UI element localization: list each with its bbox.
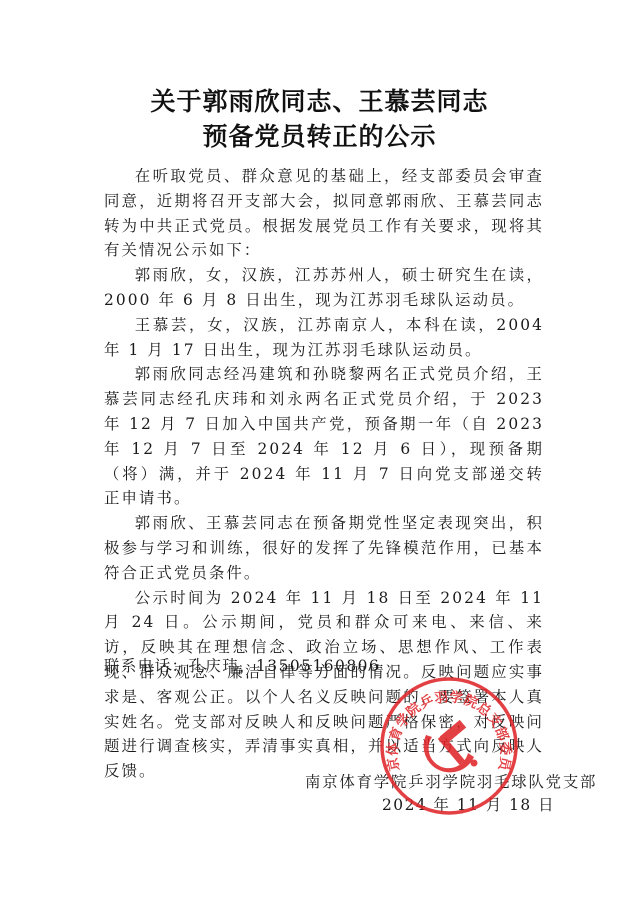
paragraph-wang-muyun: 王慕芸，女，汉族，江苏南京人，本科在读，2004 年 1 月 17 日出生，现为… bbox=[104, 313, 544, 363]
paragraph-introducers: 郭雨欣同志经冯建筑和孙晓黎两名正式党员介绍，王慕芸同志经孔庆玮和刘永两名正式党员… bbox=[104, 362, 544, 511]
paragraph-performance: 郭雨欣、王慕芸同志在预备期党性坚定表现突出，积极参与学习和训练，很好的发挥了先锋… bbox=[104, 511, 544, 585]
hammer-sickle-icon bbox=[424, 720, 478, 773]
party-seal-stamp: 南京体育学院乒羽学院总支部委员会 bbox=[378, 675, 520, 817]
svg-text:南京体育学院乒羽学院总支部委员会: 南京体育学院乒羽学院总支部委员会 bbox=[378, 675, 514, 773]
contact-info: 联系电话：孔庆玮，13505160806 bbox=[104, 654, 380, 676]
title-line-1: 关于郭雨欣同志、王慕芸同志 bbox=[0, 82, 639, 118]
title-line-2: 预备党员转正的公示 bbox=[0, 117, 639, 153]
paragraph-intro: 在听取党员、群众意见的基础上，经支部委员会审查同意，近期将召开支部大会，拟同意郭… bbox=[104, 164, 544, 263]
paragraph-guo-yuxin: 郭雨欣，女，汉族，江苏苏州人，硕士研究生在读，2000 年 6 月 8 日出生，… bbox=[104, 263, 544, 313]
seal-text: 南京体育学院乒羽学院总支部委员会 bbox=[378, 675, 514, 773]
